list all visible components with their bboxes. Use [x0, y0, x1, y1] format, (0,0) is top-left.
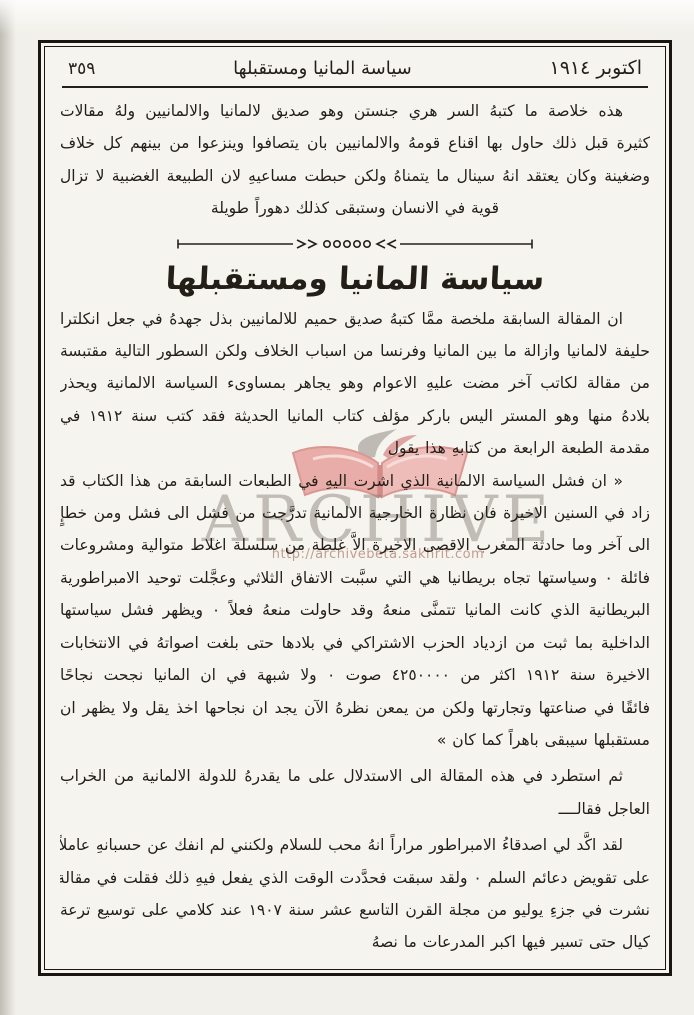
paragraph: ثم استطرد في هذه المقالة الى الاستدلال ع… [60, 760, 650, 825]
text-line: على تقويض دعائم السلم ٠ ولقد سبقت فحدَّد… [60, 862, 650, 894]
paragraph: لقد اكَّد لي اصدقاءُ الامبراطور مراراً ا… [60, 829, 650, 959]
text-line: هذه خلاصة ما كتبهُ السر هري جنستن وهو صد… [60, 95, 650, 127]
article-title: سياسة المانيا ومستقبلها [59, 261, 651, 297]
text-line: بلادهُ منها وهو المستر اليس باركر مؤلف ك… [60, 400, 650, 432]
text-line: العاجل فقالــــ [60, 793, 650, 825]
text-line: زاد في السنين الاخيرة فان نظارة الخارجية… [60, 497, 650, 529]
text-line: البريطانية الذي كانت المانيا تتمنَّى منع… [60, 594, 650, 626]
ornament-divider [175, 237, 535, 251]
text-line: حليفة لالمانيا وازالة ما بين المانيا وفر… [60, 335, 650, 367]
page-frame-inner: ARCHIVE http://archivebeta.sakhrit.com ا… [44, 46, 666, 970]
text-line: ان المقالة السابقة ملخصة ممَّا كتبهُ صدي… [60, 303, 650, 335]
header-page-number: ٣٥٩ [68, 59, 95, 79]
text-line: قوية في الانسان وستبقى كذلك دهوراً طويلة [60, 192, 650, 224]
text-line: الى آخر وما حادثة المغرب الاقصى الاخيرة … [60, 529, 650, 561]
text-line: نشرت في جزءِ يوليو من مجلة القرن التاسع … [60, 894, 650, 926]
header-running-title: سياسة المانيا ومستقبلها [233, 58, 412, 79]
text-line: الاخيرة سنة ١٩١٢ اكثر من ٤٢٥٠٠٠٠ صوت ٠ و… [60, 659, 650, 691]
text-line: فائلة ٠ وسياستها تجاه بريطانيا هي التي س… [60, 562, 650, 594]
text-line: كيال حتى تسير فيها اكبر المدرعات ما نصهُ [60, 926, 650, 958]
text-line: كثيرة قبل ذلك حاول بها اقناع قومهُ والال… [60, 127, 650, 159]
header-rule [62, 86, 648, 88]
intro-paragraph: هذه خلاصة ما كتبهُ السر هري جنستن وهو صد… [60, 95, 650, 225]
text-line: وضغينة وكان يعتقد انهُ سينال ما يتمناهُ … [60, 160, 650, 192]
text-line: فائقًا في صناعتها وتجارتها ولكن من يمعن … [60, 692, 650, 724]
text-line: مقدمة الطبعة الرابعة من كتابهِ هذا يقول [60, 432, 650, 464]
header-issue-date: اكتوبر ١٩١٤ [549, 57, 642, 79]
text-line: من مقالة لكاتب آخر مضت عليهِ الاعوام وهو… [60, 367, 650, 399]
text-line: الداخلية بما ثبت من ازدياد الحزب الاشترا… [60, 627, 650, 659]
page-frame: ARCHIVE http://archivebeta.sakhrit.com ا… [38, 40, 672, 976]
text-line: مستقبلها سيبقى باهراً كما كان » [60, 724, 650, 756]
text-line: ثم استطرد في هذه المقالة الى الاستدلال ع… [60, 760, 650, 792]
scanned-page: ARCHIVE http://archivebeta.sakhrit.com ا… [0, 0, 694, 1015]
text-line: لقد اكَّد لي اصدقاءُ الامبراطور مراراً ا… [60, 829, 650, 861]
paragraph: ان المقالة السابقة ملخصة ممَّا كتبهُ صدي… [60, 303, 650, 465]
running-header: اكتوبر ١٩١٤ سياسة المانيا ومستقبلها ٣٥٩ [60, 53, 650, 79]
text-line: « ان فشل السياسة الالمانية الذي اشرت الي… [60, 465, 650, 497]
quote-paragraph: « ان فشل السياسة الالمانية الذي اشرت الي… [60, 465, 650, 757]
